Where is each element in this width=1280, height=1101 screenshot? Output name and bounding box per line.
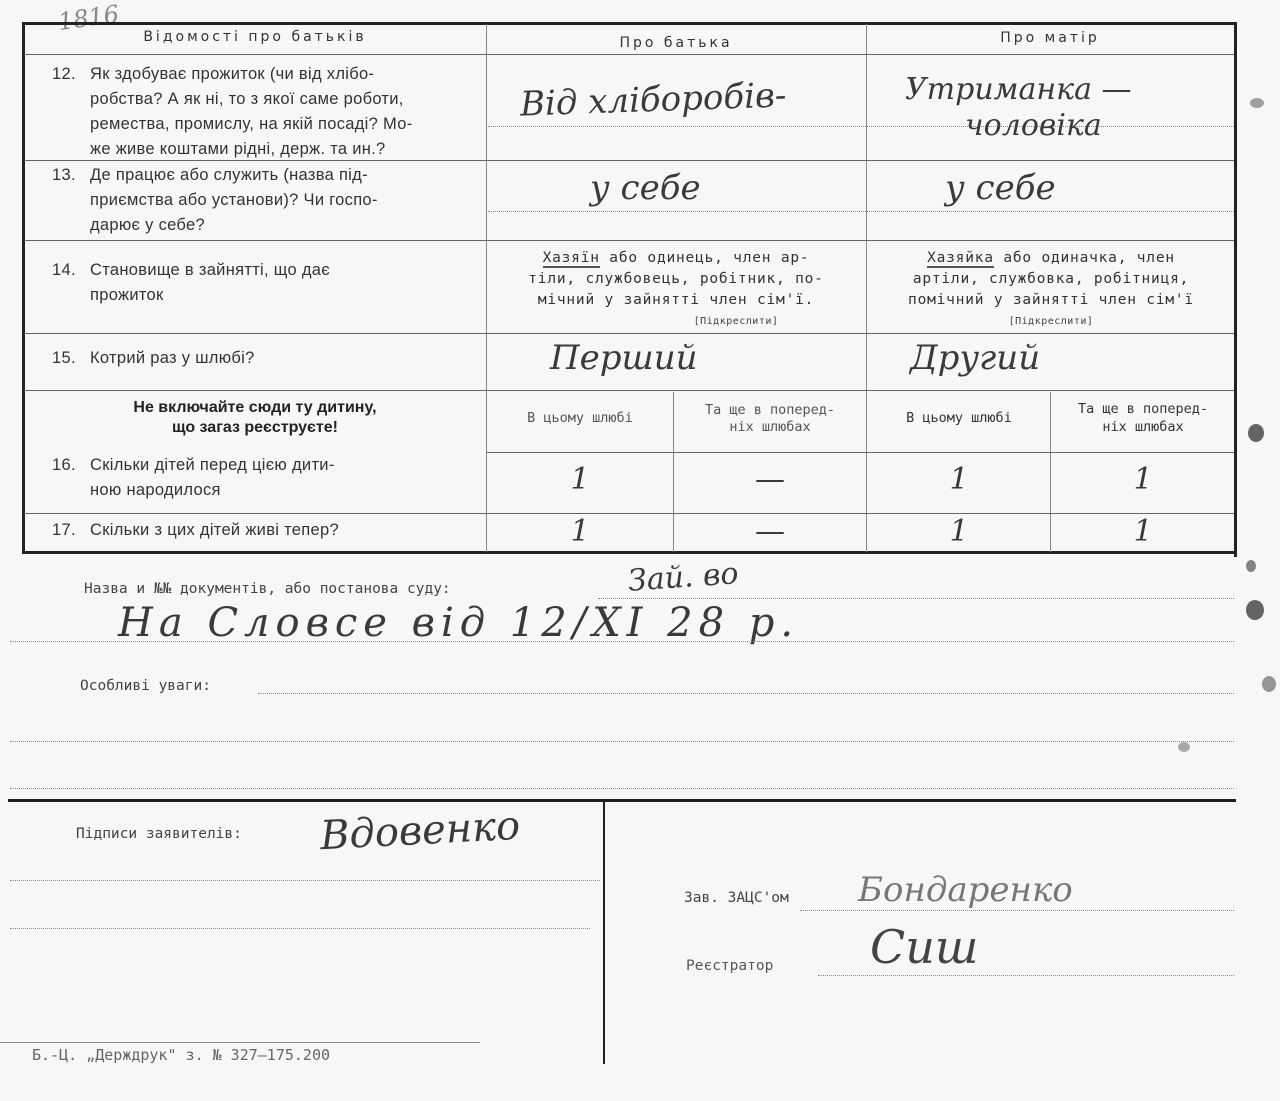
mother-previous-marriages-header: Та ще в поперед- ніх шлюбах [1052,400,1234,436]
answer-guide-line [488,211,1234,212]
father-answer-15[interactable]: Перший [550,338,698,378]
question-14: 14.Становище в зайнятті, що дає прожиток [52,258,330,308]
mother-underlined-option[interactable]: Хазяйка [927,250,994,268]
head-signature[interactable]: Бондаренко [858,870,1073,910]
remarks-line-3 [10,788,1234,789]
stain-mark [1262,676,1276,692]
father-previous-marriages-header: Та ще в поперед- ніх шлюбах [675,402,865,436]
mother-answer-13[interactable]: у себе [945,168,1056,208]
table-border-left [22,22,25,552]
head-signature-line [800,910,1234,911]
mother-answer-15[interactable]: Другий [910,338,1040,378]
documents-value[interactable]: На Словсе від 12/ХІ 28 р. [118,600,799,646]
table-border-bottom [22,551,1237,554]
father-this-marriage-header: В цьому шлюбі [488,410,672,426]
applicants-label: Підписи заявителів: [76,826,242,842]
mother-this-marriage-header: В цьому шлюбі [868,410,1050,426]
father-answer-12[interactable]: Від хліборобів- [519,75,787,124]
remarks-line-1 [258,693,1234,694]
row-divider [24,390,1234,391]
header-divider [24,54,1234,55]
question-13: 13.Де працює або служить (назва під- при… [52,163,378,238]
row-divider [24,240,1234,241]
father-answer-13[interactable]: у себе [590,168,701,208]
q17-father-previous[interactable]: — [675,514,865,549]
row-divider [24,160,1234,161]
registrar-signature-line [818,975,1234,976]
question-12: 12.Як здобуває прожиток (чи від хлібо- р… [52,62,413,162]
registrar-signature[interactable]: Сиш [870,920,978,974]
section-divider [8,799,1236,802]
head-label: Зав. ЗАЦС'ом [684,890,789,906]
stain-mark [1250,98,1264,108]
footer-rule [0,1042,480,1043]
stain-mark [1246,560,1256,572]
q16-mother-previous[interactable]: 1 [1052,462,1234,497]
column-divider-mother-sub [1050,392,1051,552]
column-divider-father-sub [673,392,674,552]
documents-value-top[interactable]: Зай. во [627,556,740,599]
father-occupation-options: Хазяїн або одинець, член ар- тіли, служб… [490,248,862,332]
applicants-line-1 [10,880,600,881]
father-underlined-option[interactable]: Хазяїн [543,250,600,268]
column-divider-question [486,24,487,552]
mother-occupation-options: Хазяйка або одиначка, член артіли, служб… [870,248,1232,332]
stain-mark [1246,600,1264,620]
remarks-line-2 [10,741,1234,742]
column-divider-father-mother [866,24,867,552]
q16-mother-this[interactable]: 1 [868,462,1050,497]
printer-imprint: Б.-Ц. „Держдрук" з. № 327—175.200 [32,1046,330,1064]
stain-mark [1178,742,1190,752]
row-divider [24,333,1234,334]
q17-mother-this[interactable]: 1 [868,514,1050,549]
subheader-divider [486,452,1234,453]
question-15: 15.Котрий раз у шлюбі? [52,346,255,371]
mother-answer-12[interactable]: Утриманка — чоловіка [905,72,1132,144]
question-17: 17.Скільки з цих дітей живі тепер? [52,518,339,543]
children-note: Не включайте сюди ту дитину, що загаз ре… [24,398,486,438]
documents-line-2 [10,641,1234,642]
q16-father-this[interactable]: 1 [488,462,672,497]
table-border-right [1234,22,1237,557]
stain-mark [1248,424,1264,442]
header-mother: Про матір [866,30,1234,46]
registrar-label: Реєстратор [686,958,773,974]
q17-mother-previous[interactable]: 1 [1052,514,1234,549]
question-16: 16.Скільки дітей перед цією дити- ною на… [52,453,335,503]
documents-label: Назва и №№ документів, або постанова суд… [84,581,451,597]
table-border-top [24,22,1236,25]
q16-father-previous[interactable]: — [675,462,865,497]
signature-column-divider [603,802,605,1064]
header-question: Відомості про батьків [24,29,486,45]
applicants-line-2 [10,928,590,929]
q17-father-this[interactable]: 1 [488,514,672,549]
applicants-signature[interactable]: Вдовенко [319,803,521,859]
documents-line-1 [598,598,1234,599]
remarks-label: Особливі уваги: [80,678,211,694]
header-father: Про батька [486,35,866,51]
